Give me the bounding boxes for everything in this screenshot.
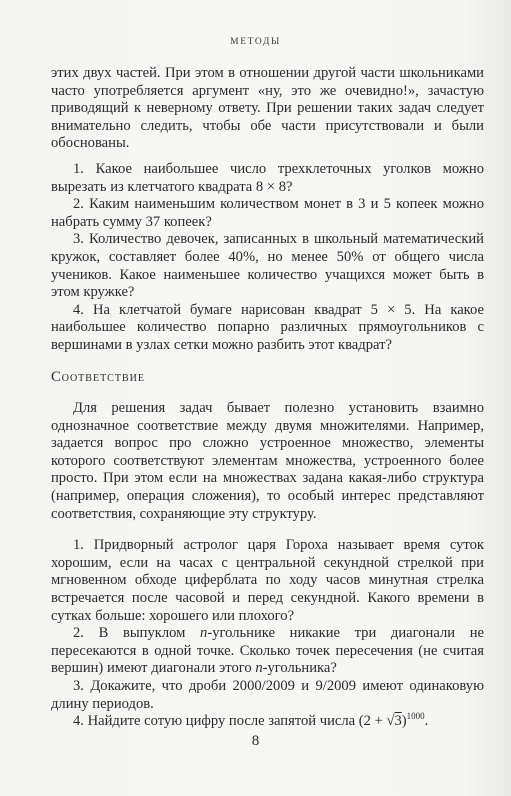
problem-2-4-end: . <box>425 713 429 729</box>
problem-1-4: 4. На клетчатой бумаге нарисован квадрат… <box>51 302 484 355</box>
problem-1-2: 2. Каким наименьшим количеством монет в … <box>51 196 484 231</box>
radicand: 3 <box>395 713 402 729</box>
section-title: Соответствие <box>51 369 484 387</box>
problem-1-1: 1. Какое наибольшее число трехклеточных … <box>51 161 484 196</box>
problem-2-4-text-a: 4. Найдите сотую цифру после запятой чис… <box>73 713 395 729</box>
problem-2-2-text-c: -угольника? <box>263 660 337 676</box>
problem-2-2: 2. В выпуклом n-угольнике никакие три ди… <box>51 625 484 678</box>
running-head: МЕТОДЫ <box>0 37 511 47</box>
problem-2-1: 1. Придворный астролог царя Гороха назыв… <box>51 537 484 625</box>
intro-paragraph: этих двух частей. При этом в отношении д… <box>51 65 484 153</box>
variable-n: n <box>255 660 262 676</box>
problem-2-2-text-a: 2. В выпуклом <box>73 625 200 641</box>
section-paragraph: Для решения задач бывает полезно установ… <box>51 400 484 523</box>
page-number: 8 <box>0 733 511 750</box>
book-page: МЕТОДЫ этих двух частей. При этом в отно… <box>0 0 511 796</box>
problem-2-3: 3. Докажите, что дроби 2000/2009 и 9/200… <box>51 678 484 713</box>
problem-1-3: 3. Количество девочек, записанных в школ… <box>51 231 484 301</box>
problem-2-4: 4. Найдите сотую цифру после запятой чис… <box>51 713 484 731</box>
exponent: 1000 <box>407 711 425 721</box>
page-body: этих двух частей. При этом в отношении д… <box>51 65 484 731</box>
